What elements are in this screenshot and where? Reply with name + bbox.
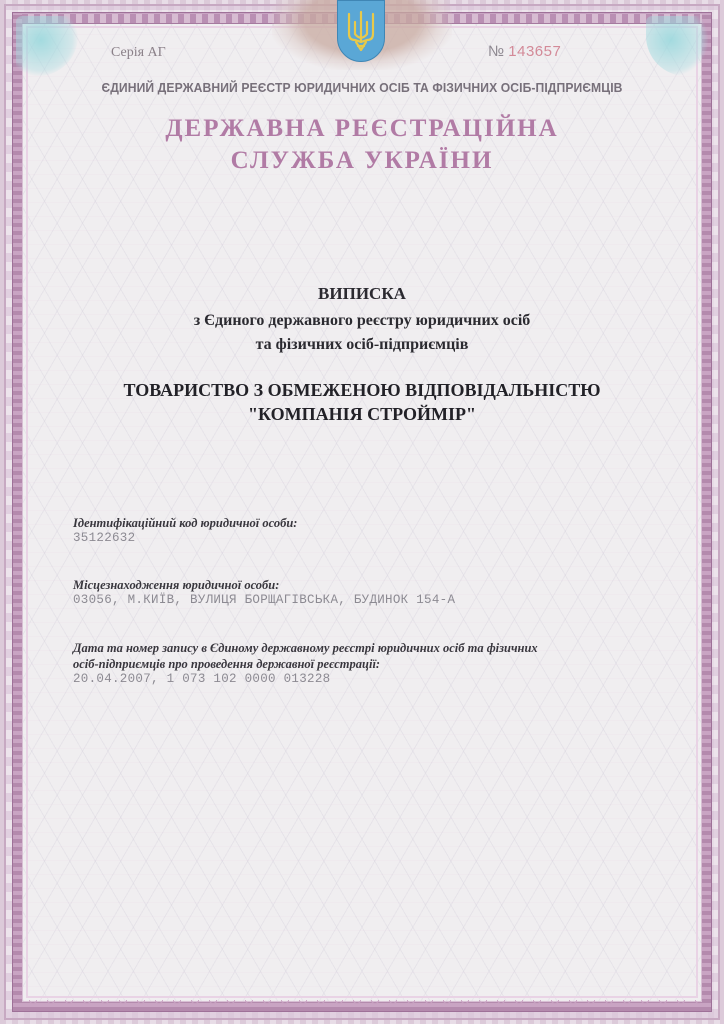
- company-title: "КОМПАНІЯ СТРОЙМІР": [0, 402, 724, 426]
- field-value: 35122632: [73, 531, 664, 546]
- certificate-sheet: Серія АГ № 143657 ЄДИНИЙ ДЕРЖАВНИЙ РЕЄСТ…: [0, 0, 724, 1024]
- field-identification-code: Ідентифікаційний код юридичної особи: 35…: [73, 515, 664, 546]
- certificate-number: № 143657: [488, 43, 561, 60]
- document-subtitle-line2: та фізичних осіб-підприємців: [0, 333, 724, 357]
- document-subtitle-line1: з Єдиного державного реєстру юридичних о…: [0, 309, 724, 333]
- agency-name-line2: СЛУЖБА УКРАЇНИ: [100, 145, 624, 177]
- company-legal-form: ТОВАРИСТВО З ОБМЕЖЕНОЮ ВІДПОВІДАЛЬНІСТЮ: [0, 378, 724, 402]
- document-title: ВИПИСКА: [0, 284, 724, 304]
- agency-name: ДЕРЖАВНА РЕЄСТРАЦІЙНА СЛУЖБА УКРАЇНИ: [100, 113, 624, 177]
- field-value: 20.04.2007, 1 073 102 0000 013228: [73, 672, 664, 687]
- document-subtitle: з Єдиного державного реєстру юридичних о…: [0, 309, 724, 357]
- bottom-scallop-ornament: [24, 1000, 700, 1010]
- series-label: Серія АГ: [111, 45, 166, 61]
- field-label-line2: осіб-підприємців про проведення державно…: [73, 656, 664, 672]
- agency-name-line1: ДЕРЖАВНА РЕЄСТРАЦІЙНА: [100, 113, 624, 145]
- field-label: Ідентифікаційний код юридичної особи:: [73, 515, 664, 531]
- coat-of-arms-icon: [337, 0, 385, 62]
- field-label: Місцезнаходження юридичної особи:: [73, 577, 664, 593]
- company-name: ТОВАРИСТВО З ОБМЕЖЕНОЮ ВІДПОВІДАЛЬНІСТЮ …: [0, 378, 724, 426]
- number-value: 143657: [508, 43, 561, 60]
- field-value: 03056, М.КИЇВ, ВУЛИЦЯ БОРЩАГІВСЬКА, БУДИ…: [73, 593, 664, 608]
- field-registration-record: Дата та номер запису в Єдиному державном…: [73, 640, 664, 687]
- field-label-line1: Дата та номер запису в Єдиному державном…: [73, 640, 664, 656]
- number-prefix: №: [488, 43, 504, 60]
- trident-icon: [344, 8, 378, 54]
- field-address: Місцезнаходження юридичної особи: 03056,…: [73, 577, 664, 608]
- register-name: ЄДИНИЙ ДЕРЖАВНИЙ РЕЄСТР ЮРИДИЧНИХ ОСІБ Т…: [62, 80, 662, 95]
